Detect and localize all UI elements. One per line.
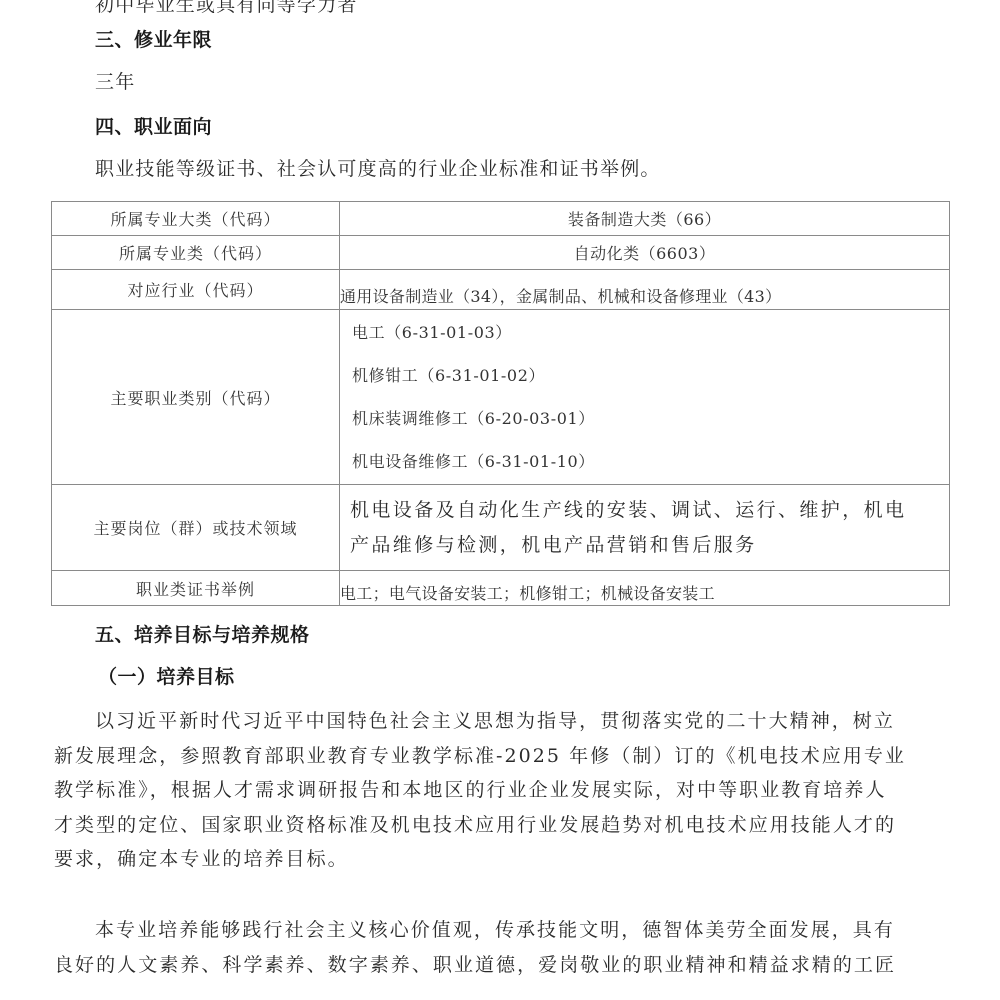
table-row: 所属专业大类（代码） 装备制造大类（66） [52,202,950,236]
table-label-cell: 所属专业大类（代码） [52,202,340,236]
table-label-cell: 职业类证书举例 [52,571,340,606]
paragraph-line: 本专业培养能够践行社会主义核心价值观，传承技能文明，德智体美劳全面发展，具有 [54,913,944,948]
table-label-cell: 所属专业类（代码） [52,236,340,270]
post-field-cell: 机电设备及自动化生产线的安装、调试、运行、维护，机电 产品维修与检测，机电产品营… [340,485,950,571]
training-goal-paragraph-2: 本专业培养能够践行社会主义核心价值观，传承技能文明，德智体美劳全面发展，具有 良… [54,913,944,982]
occupation-table: 所属专业大类（代码） 装备制造大类（66） 所属专业类（代码） 自动化类（660… [51,201,950,606]
paragraph-line: 良好的人文素养、科学素养、数字素养、职业道德，爱岗敬业的职业精神和精益求精的工匠 [54,948,944,983]
training-goal-paragraph-1: 以习近平新时代习近平中国特色社会主义思想为指导，贯彻落实党的二十大精神，树立 新… [54,704,944,877]
table-label-cell: 主要岗位（群）或技术领域 [52,485,340,571]
occupation-item: 电工（6-31-01-03） [340,311,949,354]
section-4-intro: 职业技能等级证书、社会认可度高的行业企业标准和证书举例。 [95,154,661,181]
paragraph-line: 要求，确定本专业的培养目标。 [54,842,944,877]
occupation-item: 机电设备维修工（6-31-01-10） [340,440,949,483]
section-4-heading: 四、职业面向 [95,112,212,139]
table-row: 职业类证书举例 电工；电气设备安装工；机修钳工；机械设备安装工 [52,571,950,606]
table-row: 对应行业（代码） 通用设备制造业（34），金属制品、机械和设备修理业（43） [52,270,950,310]
training-goal-subheading: （一）培养目标 [98,662,235,689]
paragraph-line: 教学标准》，根据人才需求调研报告和本地区的行业企业发展实际，对中等职业教育培养人 [54,773,944,808]
post-field-line: 产品维修与检测，机电产品营销和售后服务 [340,528,949,563]
post-field-line: 机电设备及自动化生产线的安装、调试、运行、维护，机电 [340,493,949,528]
paragraph-line: 以习近平新时代习近平中国特色社会主义思想为指导，贯彻落实党的二十大精神，树立 [54,704,944,739]
table-row: 所属专业类（代码） 自动化类（6603） [52,236,950,270]
table-value-cell: 自动化类（6603） [340,236,950,270]
occupation-item: 机床装调维修工（6-20-03-01） [340,397,949,440]
table-row: 主要职业类别（代码） 电工（6-31-01-03） 机修钳工（6-31-01-0… [52,310,950,485]
occupation-item: 机修钳工（6-31-01-02） [340,354,949,397]
admission-requirement-text: 初中毕业生或具有同等学力者 [95,0,358,17]
table-value-cell: 电工；电气设备安装工；机修钳工；机械设备安装工 [340,571,950,606]
section-5-heading: 五、培养目标与培养规格 [95,620,310,647]
section-3-heading: 三、修业年限 [95,25,212,52]
duration-text: 三年 [95,67,135,94]
table-row: 主要岗位（群）或技术领域 机电设备及自动化生产线的安装、调试、运行、维护，机电 … [52,485,950,571]
table-value-cell: 装备制造大类（66） [340,202,950,236]
table-label-cell: 主要职业类别（代码） [52,310,340,485]
occupation-list-cell: 电工（6-31-01-03） 机修钳工（6-31-01-02） 机床装调维修工（… [340,310,950,485]
paragraph-line: 才类型的定位、国家职业资格标准及机电技术应用行业发展趋势对机电技术应用技能人才的 [54,808,944,843]
paragraph-line: 新发展理念，参照教育部职业教育专业教学标准-2025 年修（制）订的《机电技术应… [54,739,944,774]
table-value-cell: 通用设备制造业（34），金属制品、机械和设备修理业（43） [340,270,950,310]
table-label-cell: 对应行业（代码） [52,270,340,310]
